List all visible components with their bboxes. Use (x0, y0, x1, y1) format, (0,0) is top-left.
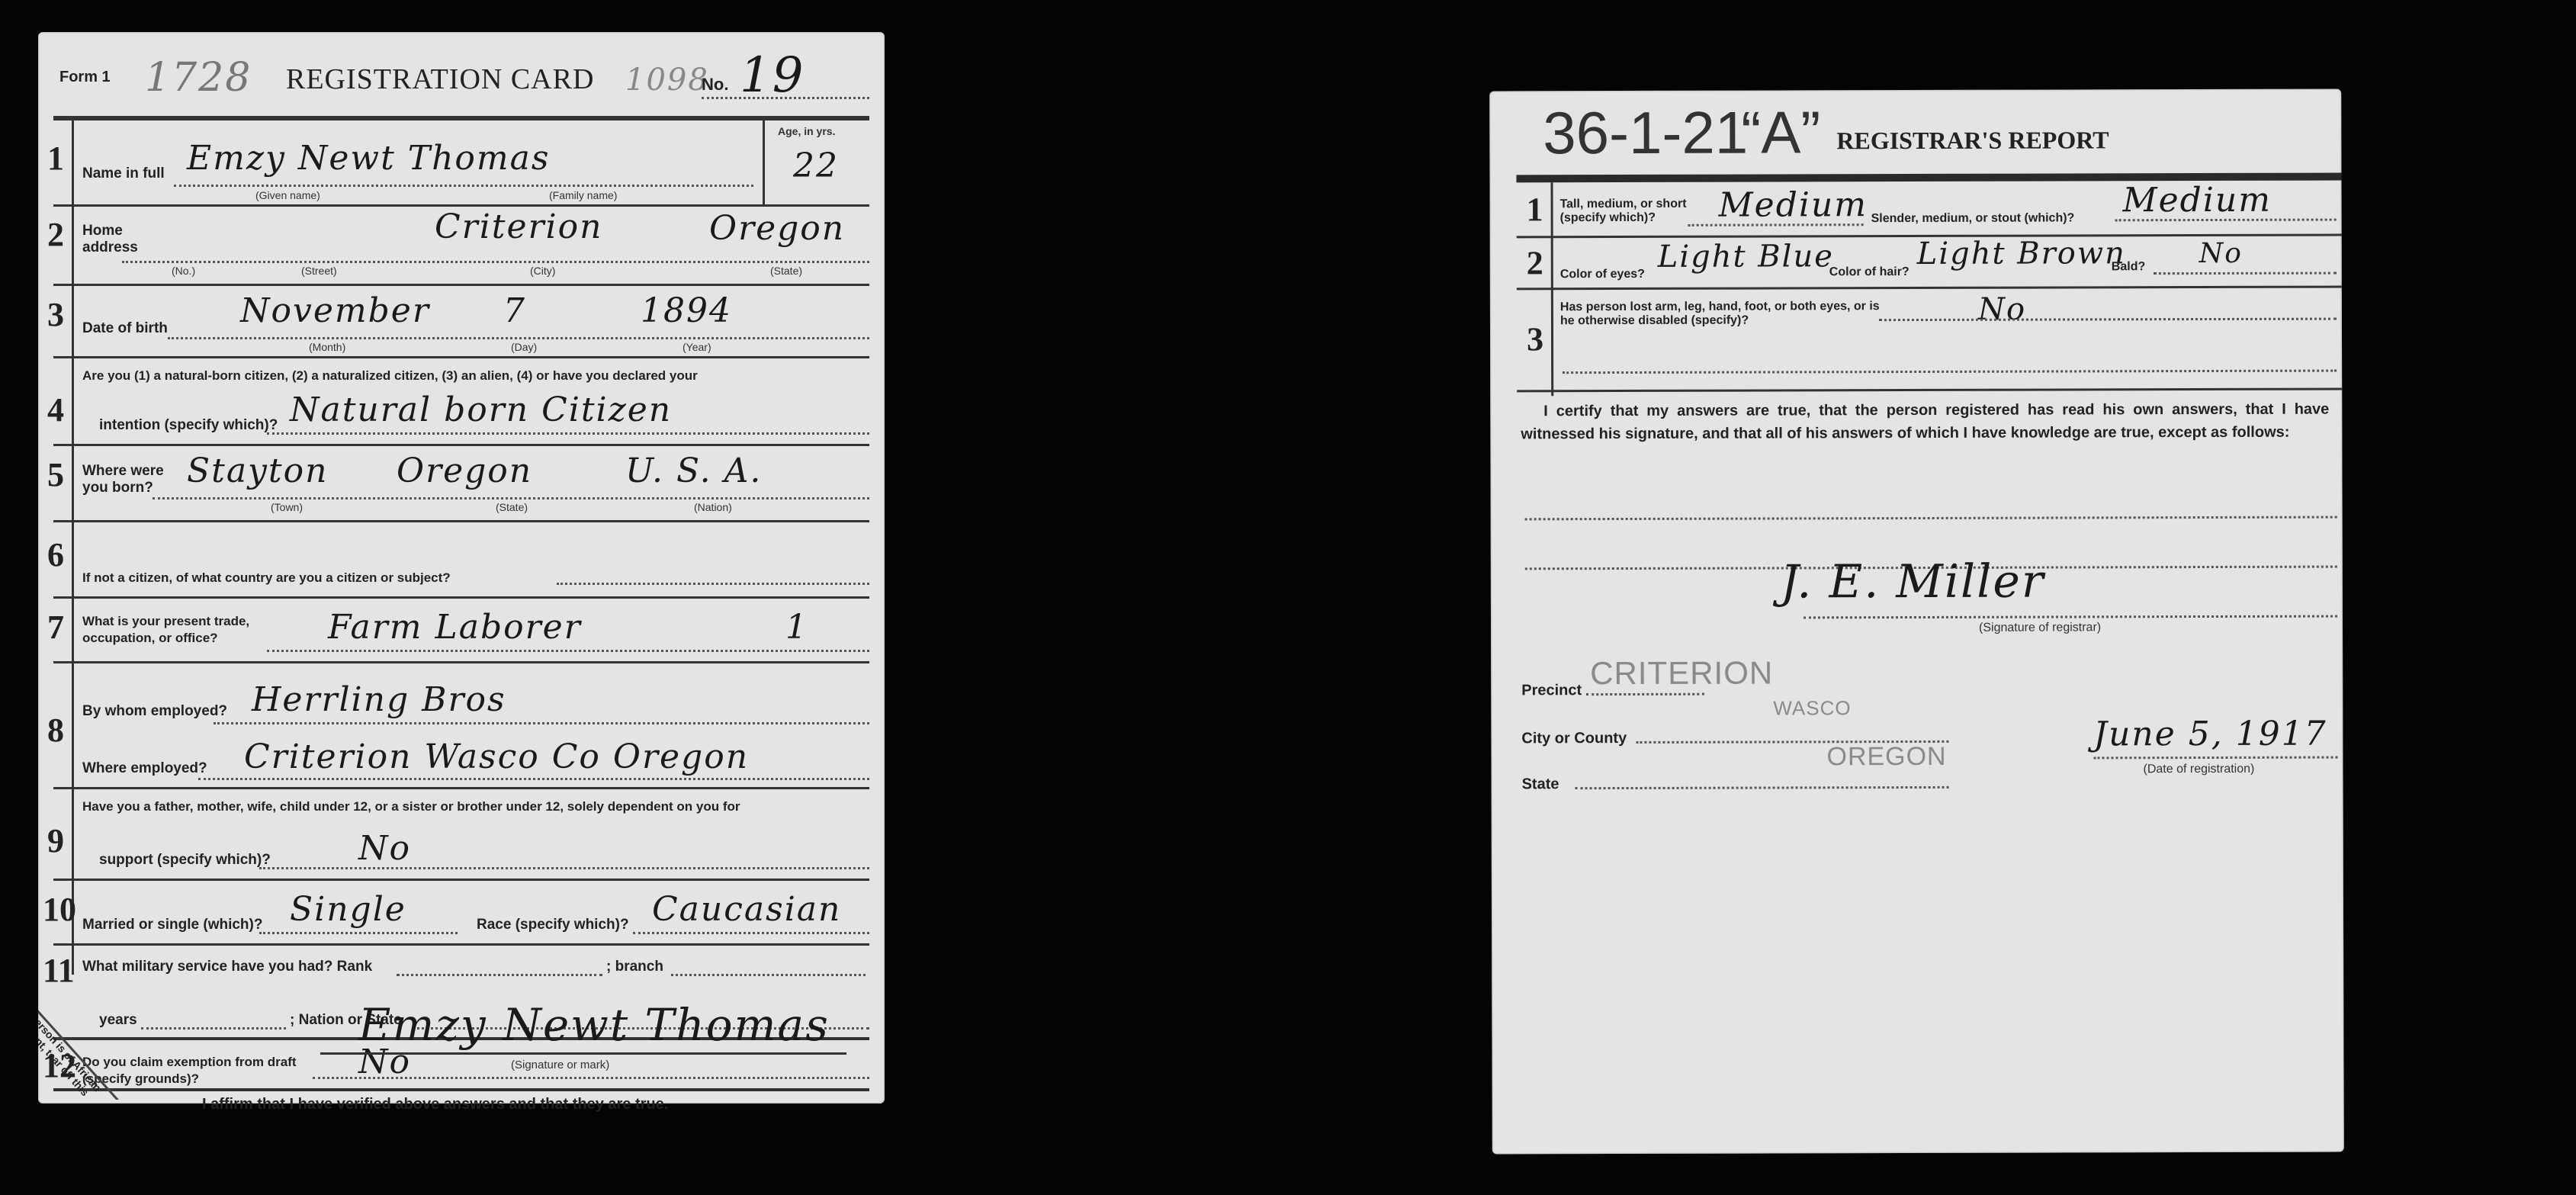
sub-label: (Given name) (255, 189, 320, 201)
dob-day-value: 7 (503, 291, 526, 330)
employment-place-value: Criterion Wasco Co Oregon (244, 737, 749, 776)
dependents-support-label: support (specify which)? (99, 852, 271, 869)
citizenship-question: Are you (1) a natural-born citizen, (2) … (82, 368, 698, 384)
registrar-signature: J. E. Miller (1781, 555, 2045, 609)
dob-year-value: 1894 (641, 291, 732, 330)
age-value: 22 (793, 146, 839, 185)
birthplace-label: Where were you born? (82, 463, 174, 496)
hair-color-label: Color of hair? (1829, 264, 1910, 281)
employer-value: Herrling Bros (252, 680, 506, 719)
dependents-value: No (358, 829, 411, 868)
dependents-question: Have you a father, mother, wife, child u… (82, 798, 740, 815)
employer-label: By whom employed? (82, 703, 227, 720)
county-stamp: WASCO (1773, 696, 1851, 720)
marital-status-value: Single (290, 890, 406, 929)
occupation-extra-value: 1 (785, 608, 808, 647)
field-number: 4 (47, 390, 64, 429)
field-number: 1 (47, 139, 64, 178)
home-state-value: Oregon (709, 209, 845, 248)
age-label: Age, in yrs. (778, 125, 835, 137)
occupation-label: What is your present trade, occupation, … (82, 613, 311, 647)
sub-label: (Town) (271, 501, 303, 513)
height-label: Tall, medium, or short (specify which)? (1560, 198, 1713, 226)
sub-label: (Street) (301, 265, 337, 277)
sub-label: (No.) (172, 265, 195, 277)
form-letter: “A” (1741, 98, 1820, 167)
birthplace-town-value: Stayton (187, 451, 328, 490)
sub-label: (Nation) (694, 501, 732, 513)
branch-label: ; branch (606, 959, 663, 975)
field-number: 10 (43, 890, 76, 929)
sub-label: (Year) (683, 341, 711, 353)
field-number: 1 (1527, 190, 1543, 229)
state-stamp: OREGON (1826, 742, 1946, 772)
dob-label: Date of birth (82, 320, 168, 337)
marital-status-label: Married or single (which)? (82, 917, 262, 933)
form-label: Form 1 (59, 69, 111, 86)
name-label: Name in full (82, 165, 165, 182)
signature-line (320, 1052, 846, 1055)
build-label: Slender, medium, or stout (which)? (1871, 210, 2075, 227)
field-number: 9 (47, 821, 64, 860)
sub-label: (City) (530, 265, 555, 277)
precinct-label: Precinct (1521, 682, 1582, 699)
field-number: 2 (47, 215, 64, 254)
sub-label: (State) (496, 501, 528, 513)
state-label: State (1522, 776, 1559, 793)
serial-number-handwritten: 1728 (145, 55, 252, 101)
bald-label: Bald? (2112, 259, 2146, 275)
sub-label: (Family name) (549, 189, 617, 201)
registration-date-label: (Date of registration) (2143, 763, 2254, 776)
tear-off-corner: If person is of African descent, tear of… (38, 947, 175, 1100)
precinct-stamp: CRITERION (1590, 654, 1773, 692)
sub-label: (Day) (511, 341, 537, 353)
report-title: REGISTRAR'S REPORT (1836, 126, 2109, 155)
affirmation-text: I affirm that I have verified above answ… (202, 1096, 668, 1113)
overwrite-number-handwritten: 1098 (625, 63, 709, 98)
disability-label: Has person lost arm, leg, hand, foot, or… (1560, 300, 1881, 328)
citizenship-value: Natural born Citizen (290, 390, 672, 429)
birthplace-state-value: Oregon (397, 451, 532, 490)
registrars-report-card: 36-1-21 “A” REGISTRAR'S REPORT 1 Tall, m… (1489, 89, 2344, 1155)
certification-text: I certify that my answers are true, that… (1521, 398, 2329, 446)
registration-card: Form 1 1728 REGISTRATION CARD 1098 No. 1… (38, 32, 885, 1103)
height-value: Medium (1719, 185, 1868, 225)
field-number: 3 (1527, 320, 1543, 358)
signature-label: (Signature or mark) (511, 1058, 609, 1071)
field-number: 7 (47, 608, 64, 647)
report-code: 36-1-21 (1543, 98, 1748, 169)
employment-place-label: Where employed? (82, 760, 207, 777)
sub-label: (Month) (309, 341, 345, 353)
bald-value: No (2199, 238, 2243, 269)
county-label: City or County (1521, 730, 1627, 747)
foreign-citizenship-label: If not a citizen, of what country are yo… (82, 570, 451, 586)
home-address-label: Home address (82, 223, 151, 256)
occupation-value: Farm Laborer (328, 608, 582, 647)
name-value: Emzy Newt Thomas (187, 139, 550, 178)
registrar-signature-label: (Signature of registrar) (1979, 621, 2101, 634)
field-number: 2 (1527, 243, 1543, 282)
race-value: Caucasian (652, 890, 841, 929)
field-number: 3 (47, 295, 64, 334)
eye-color-label: Color of eyes? (1560, 266, 1645, 283)
dob-month-value: November (240, 291, 430, 330)
registrant-signature: Emzy Newt Thomas (358, 999, 830, 1051)
field-number: 5 (47, 455, 64, 494)
race-label: Race (specify which)? (477, 917, 629, 933)
disability-value: No (1978, 292, 2026, 327)
card-title: REGISTRATION CARD (286, 63, 594, 96)
card-number: 19 (740, 47, 805, 104)
citizenship-intention-label: intention (specify which)? (99, 417, 278, 434)
number-label: No. (702, 75, 728, 95)
build-value: Medium (2122, 181, 2272, 220)
registration-date: June 5, 1917 (2093, 715, 2327, 754)
home-city-value: Criterion (435, 207, 602, 246)
eye-color-value: Light Blue (1658, 239, 1834, 275)
field-number: 6 (47, 535, 64, 574)
field-number: 8 (47, 711, 64, 750)
hair-color-value: Light Brown (1917, 236, 2126, 271)
birthplace-nation-value: U. S. A. (625, 451, 762, 490)
sub-label: (State) (770, 265, 802, 277)
